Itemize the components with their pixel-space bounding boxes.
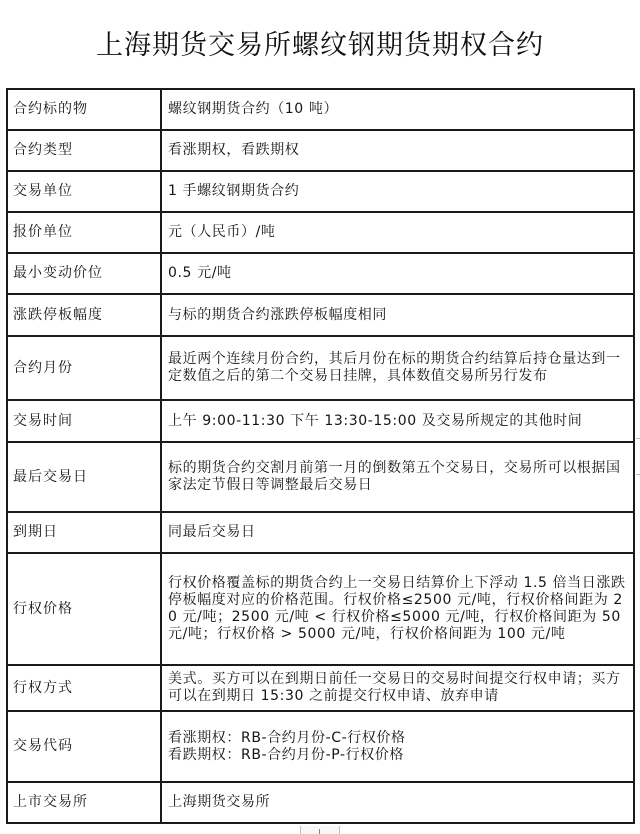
row-value-quote-unit: 元（人民币）/吨 xyxy=(161,212,634,253)
value-line: 0.5 元/吨 xyxy=(168,265,627,282)
table-row: 合约类型 看涨期权，看跌期权 xyxy=(7,130,634,171)
value-line: 上午 9:00-11:30 下午 13:30-15:00 及交易所规定的其他时间 xyxy=(168,413,627,430)
table-row: 交易时间 上午 9:00-11:30 下午 13:30-15:00 及交易所规定… xyxy=(7,400,634,442)
value-line: 美式。买方可以在到期日前任一交易日的交易时间提交行权申请；买方可以在到期日 15… xyxy=(168,671,627,705)
row-value-contract-type: 看涨期权，看跌期权 xyxy=(161,130,634,171)
row-label-underlying: 合约标的物 xyxy=(7,89,161,130)
table-row: 交易代码 看涨期权：RB-合约月份-C-行权价格 看跌期权：RB-合约月份-P-… xyxy=(7,711,634,782)
row-value-listing-exchange: 上海期货交易所 xyxy=(161,782,634,823)
value-line: 与标的期货合约涨跌停板幅度相同 xyxy=(168,307,627,324)
row-label-tick-size: 最小变动价位 xyxy=(7,253,161,294)
plus-icon xyxy=(319,829,320,834)
value-line: 1 手螺纹钢期货合约 xyxy=(168,183,627,200)
row-label-contract-type: 合约类型 xyxy=(7,130,161,171)
value-line: 同最后交易日 xyxy=(168,524,627,541)
table-row: 合约标的物 螺纹钢期货合约（10 吨） xyxy=(7,89,634,130)
scroll-marker xyxy=(636,474,640,475)
row-label-price-limit: 涨跌停板幅度 xyxy=(7,294,161,336)
value-line: 上海期货交易所 xyxy=(168,794,627,811)
table-row: 行权方式 美式。买方可以在到期日前任一交易日的交易时间提交行权申请；买方可以在到… xyxy=(7,665,634,711)
table-row: 合约月份 最近两个连续月份合约，其后月份在标的期货合约结算后持仓量达到一定数值之… xyxy=(7,336,634,400)
contract-spec-table-body: 合约标的物 螺纹钢期货合约（10 吨） 合约类型 看涨期权，看跌期权 交易单位 … xyxy=(7,89,634,823)
row-label-trading-hours: 交易时间 xyxy=(7,400,161,442)
table-row: 上市交易所 上海期货交易所 xyxy=(7,782,634,823)
value-line: 行权价格覆盖标的期货合约上一交易日结算价上下浮动 1.5 倍当日涨跌停板幅度对应… xyxy=(168,575,627,643)
scroll-marker xyxy=(636,438,640,439)
row-label-expiration-day: 到期日 xyxy=(7,512,161,553)
value-line: 元（人民币）/吨 xyxy=(168,224,627,241)
row-value-trading-unit: 1 手螺纹钢期货合约 xyxy=(161,171,634,212)
row-value-ticker-symbol: 看涨期权：RB-合约月份-C-行权价格 看跌期权：RB-合约月份-P-行权价格 xyxy=(161,711,634,782)
row-label-strike-price: 行权价格 xyxy=(7,553,161,665)
row-value-tick-size: 0.5 元/吨 xyxy=(161,253,634,294)
row-value-last-trading-day: 标的期货合约交割月前第一月的倒数第五个交易日，交易所可以根据国家法定节假日等调整… xyxy=(161,442,634,512)
contract-spec-table: 合约标的物 螺纹钢期货合约（10 吨） 合约类型 看涨期权，看跌期权 交易单位 … xyxy=(6,88,635,824)
row-value-strike-price: 行权价格覆盖标的期货合约上一交易日结算价上下浮动 1.5 倍当日涨跌停板幅度对应… xyxy=(161,553,634,665)
row-label-ticker-symbol: 交易代码 xyxy=(7,711,161,782)
table-row: 到期日 同最后交易日 xyxy=(7,512,634,553)
row-value-contract-months: 最近两个连续月份合约，其后月份在标的期货合约结算后持仓量达到一定数值之后的第二个… xyxy=(161,336,634,400)
row-label-trading-unit: 交易单位 xyxy=(7,171,161,212)
table-row: 报价单位 元（人民币）/吨 xyxy=(7,212,634,253)
table-row: 最小变动价位 0.5 元/吨 xyxy=(7,253,634,294)
row-value-underlying: 螺纹钢期货合约（10 吨） xyxy=(161,89,634,130)
row-value-expiration-day: 同最后交易日 xyxy=(161,512,634,553)
row-value-exercise-style: 美式。买方可以在到期日前任一交易日的交易时间提交行权申请；买方可以在到期日 15… xyxy=(161,665,634,711)
row-label-contract-months: 合约月份 xyxy=(7,336,161,400)
value-line: 标的期货合约交割月前第一月的倒数第五个交易日，交易所可以根据国家法定节假日等调整… xyxy=(168,460,627,494)
row-label-exercise-style: 行权方式 xyxy=(7,665,161,711)
table-row: 最后交易日 标的期货合约交割月前第一月的倒数第五个交易日，交易所可以根据国家法定… xyxy=(7,442,634,512)
table-row: 行权价格 行权价格覆盖标的期货合约上一交易日结算价上下浮动 1.5 倍当日涨跌停… xyxy=(7,553,634,665)
value-line-call: 看涨期权：RB-合约月份-C-行权价格 xyxy=(168,730,627,747)
row-value-price-limit: 与标的期货合约涨跌停板幅度相同 xyxy=(161,294,634,336)
row-label-listing-exchange: 上市交易所 xyxy=(7,782,161,823)
table-row: 涨跌停板幅度 与标的期货合约涨跌停板幅度相同 xyxy=(7,294,634,336)
row-value-trading-hours: 上午 9:00-11:30 下午 13:30-15:00 及交易所规定的其他时间 xyxy=(161,400,634,442)
row-label-quote-unit: 报价单位 xyxy=(7,212,161,253)
value-line: 最近两个连续月份合约，其后月份在标的期货合约结算后持仓量达到一定数值之后的第二个… xyxy=(168,351,627,385)
value-line: 看涨期权，看跌期权 xyxy=(168,142,627,159)
value-line: 螺纹钢期货合约（10 吨） xyxy=(168,101,627,118)
document-title: 上海期货交易所螺纹钢期货期权合约 xyxy=(0,28,640,64)
value-line-put: 看跌期权：RB-合约月份-P-行权价格 xyxy=(168,747,627,764)
row-label-last-trading-day: 最后交易日 xyxy=(7,442,161,512)
table-row: 交易单位 1 手螺纹钢期货合约 xyxy=(7,171,634,212)
page-add-tab[interactable] xyxy=(300,826,340,834)
